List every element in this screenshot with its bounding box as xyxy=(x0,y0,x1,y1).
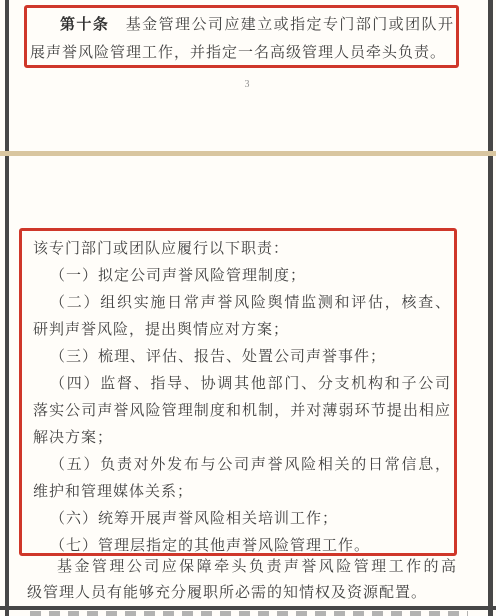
article10-paragraph: 第十条 基金管理公司应建立或指定专门部门或团队开展声誉风险管理工作，并指定一名高… xyxy=(27,8,456,65)
annotation-box-article10: 第十条 基金管理公司应建立或指定专门部门或团队开展声誉风险管理工作，并指定一名高… xyxy=(24,5,459,68)
text-line: 展声誉风险管理工作，并指定一名高级管理人员牵头负责。 xyxy=(30,39,454,65)
text-line: 该专门部门或团队应履行以下职责： xyxy=(33,236,451,263)
text-line: （五）负责对外发布与公司声誉风险相关的日常信息， xyxy=(33,452,451,479)
text-line: 级管理人员有能够充分履职所必需的知情权及资源配置。 xyxy=(27,580,457,606)
text-line: （一）拟定公司声誉风险管理制度； xyxy=(33,263,451,290)
text-line: （六）统筹开展声誉风险相关培训工作； xyxy=(33,506,451,533)
article-term-bold: 第十条 xyxy=(60,17,109,33)
text-line: 基金管理公司应保障牵头负责声誉风险管理工作的高 xyxy=(27,554,457,580)
page-right-border xyxy=(488,0,493,616)
text-line: （四）监督、指导、协调其他部门、分支机构和子公司 xyxy=(33,371,451,398)
text-line: 维护和管理媒体关系； xyxy=(33,479,451,506)
text-line: 落实公司声誉风险管理制度和机制，并对薄弱环节提出相应 xyxy=(33,398,451,425)
page-bottom-border xyxy=(0,606,496,610)
cutoff-text-line xyxy=(30,611,468,616)
footer-paragraph: 基金管理公司应保障牵头负责声誉风险管理工作的高级管理人员有能够充分履职所必需的知… xyxy=(27,554,457,606)
text-line: 解决方案； xyxy=(33,425,451,452)
page-number: 3 xyxy=(238,78,256,92)
page-break-divider xyxy=(0,151,496,156)
text-line: 第十条 基金管理公司应建立或指定专门部门或团队开 xyxy=(30,11,454,39)
text-line: （七）管理层指定的其他声誉风险管理工作。 xyxy=(33,533,451,553)
document-page: 第十条 基金管理公司应建立或指定专门部门或团队开展声誉风险管理工作，并指定一名高… xyxy=(0,0,496,616)
page-left-border xyxy=(5,0,9,616)
annotation-box-duties: 该专门部门或团队应履行以下职责：（一）拟定公司声誉风险管理制度；（二）组织实施日… xyxy=(19,228,457,556)
text-line: （三）梳理、评估、报告、处置公司声誉事件； xyxy=(33,344,451,371)
duties-list: 该专门部门或团队应履行以下职责：（一）拟定公司声誉风险管理制度；（二）组织实施日… xyxy=(22,231,454,553)
text-line: （二）组织实施日常声誉风险舆情监测和评估，核查、 xyxy=(33,290,451,317)
text-line: 研判声誉风险，提出舆情应对方案； xyxy=(33,317,451,344)
